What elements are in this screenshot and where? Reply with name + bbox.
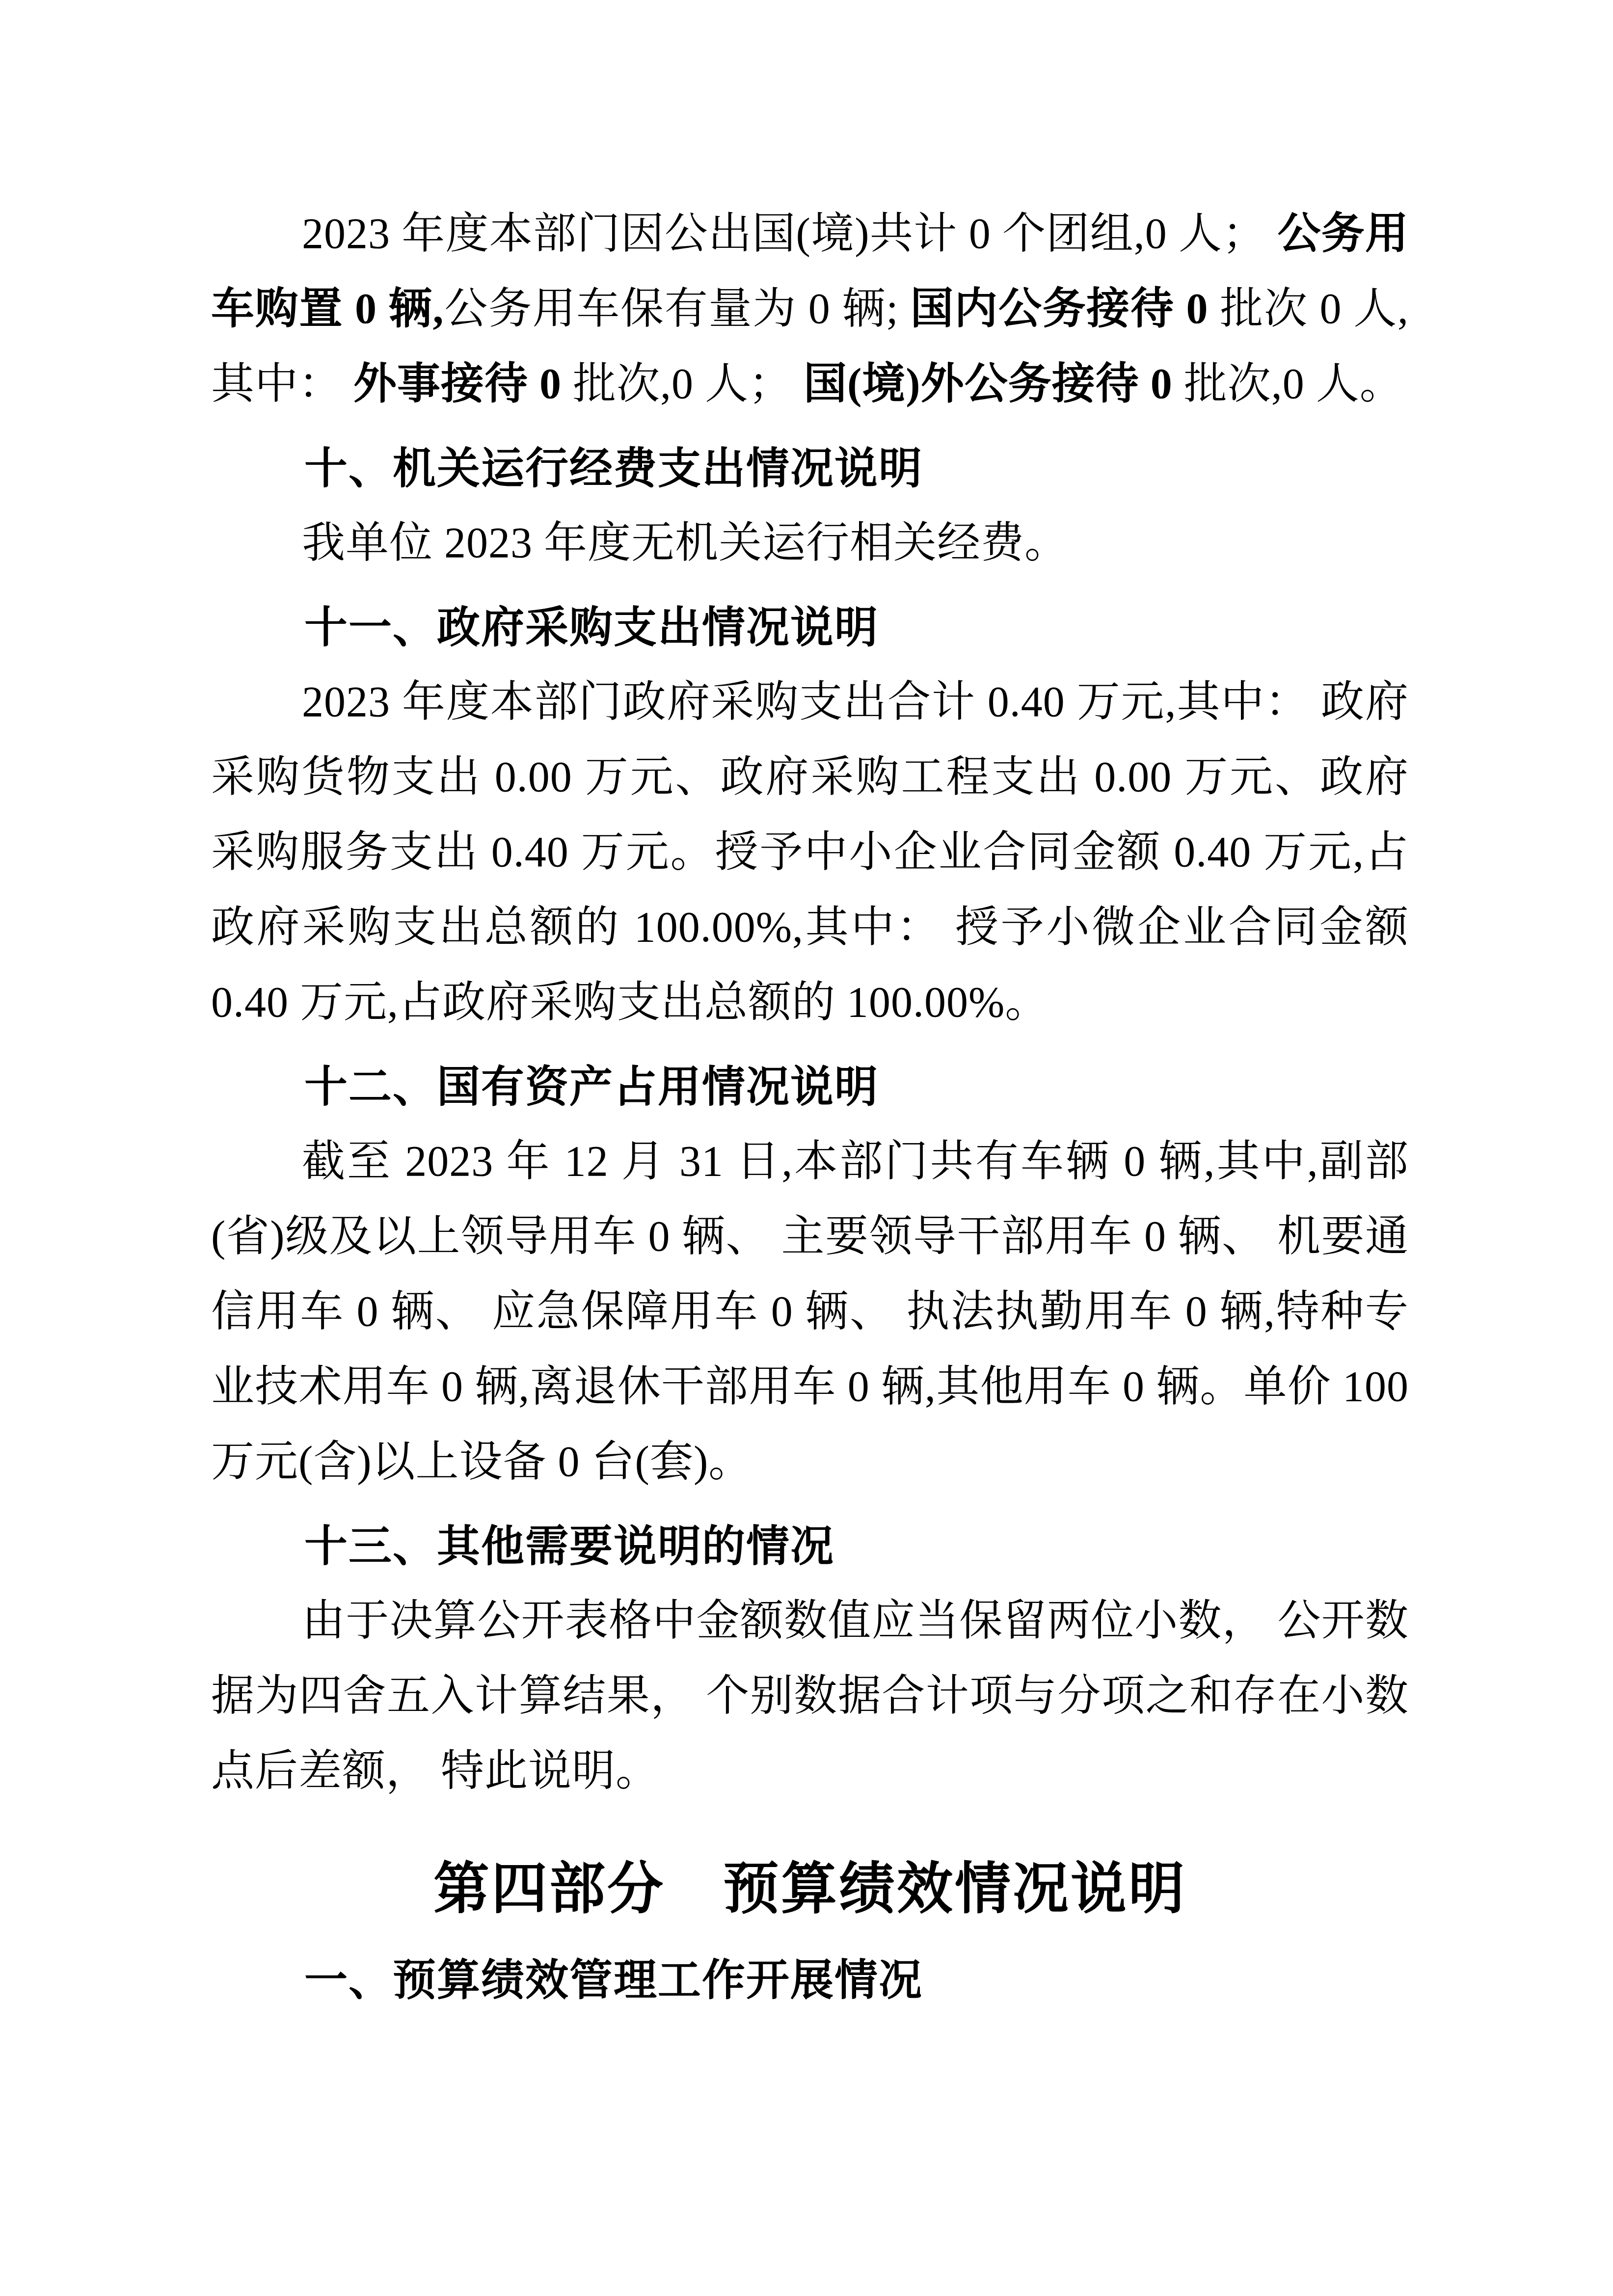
heading-part4-section-1-performance-management: 一、预算绩效管理工作开展情况 bbox=[211, 1942, 1409, 2017]
heading-section-10-operating-expenses: 十、机关运行经费支出情况说明 bbox=[211, 430, 1409, 506]
heading-part-4-budget-performance: 第四部分 预算绩效情况说明 bbox=[211, 1852, 1409, 1925]
para-section-11-body: 2023 年度本部门政府采购支出合计 0.40 万元,其中： 政府采购货物支出 … bbox=[211, 665, 1409, 1040]
heading-section-11-government-procurement: 十一、政府采购支出情况说明 bbox=[211, 589, 1409, 665]
para-official-trips-vehicles-receptions: 2023 年度本部门因公出国(境)共计 0 个团组,0 人； 公务用车购置 0 … bbox=[211, 196, 1409, 422]
heading-section-13-other-notes: 十三、其他需要说明的情况 bbox=[211, 1508, 1409, 1583]
para-section-10-body: 我单位 2023 年度无机关运行相关经费。 bbox=[211, 506, 1409, 581]
document-page: 2023 年度本部门因公出国(境)共计 0 个团组,0 人； 公务用车购置 0 … bbox=[0, 0, 1613, 2296]
heading-section-12-state-owned-assets: 十二、国有资产占用情况说明 bbox=[211, 1049, 1409, 1124]
para-section-13-body: 由于决算公开表格中金额数值应当保留两位小数， 公开数据为四舍五入计算结果， 个别… bbox=[211, 1583, 1409, 1809]
para-section-12-body: 截至 2023 年 12 月 31 日,本部门共有车辆 0 辆,其中,副部(省)… bbox=[211, 1124, 1409, 1499]
